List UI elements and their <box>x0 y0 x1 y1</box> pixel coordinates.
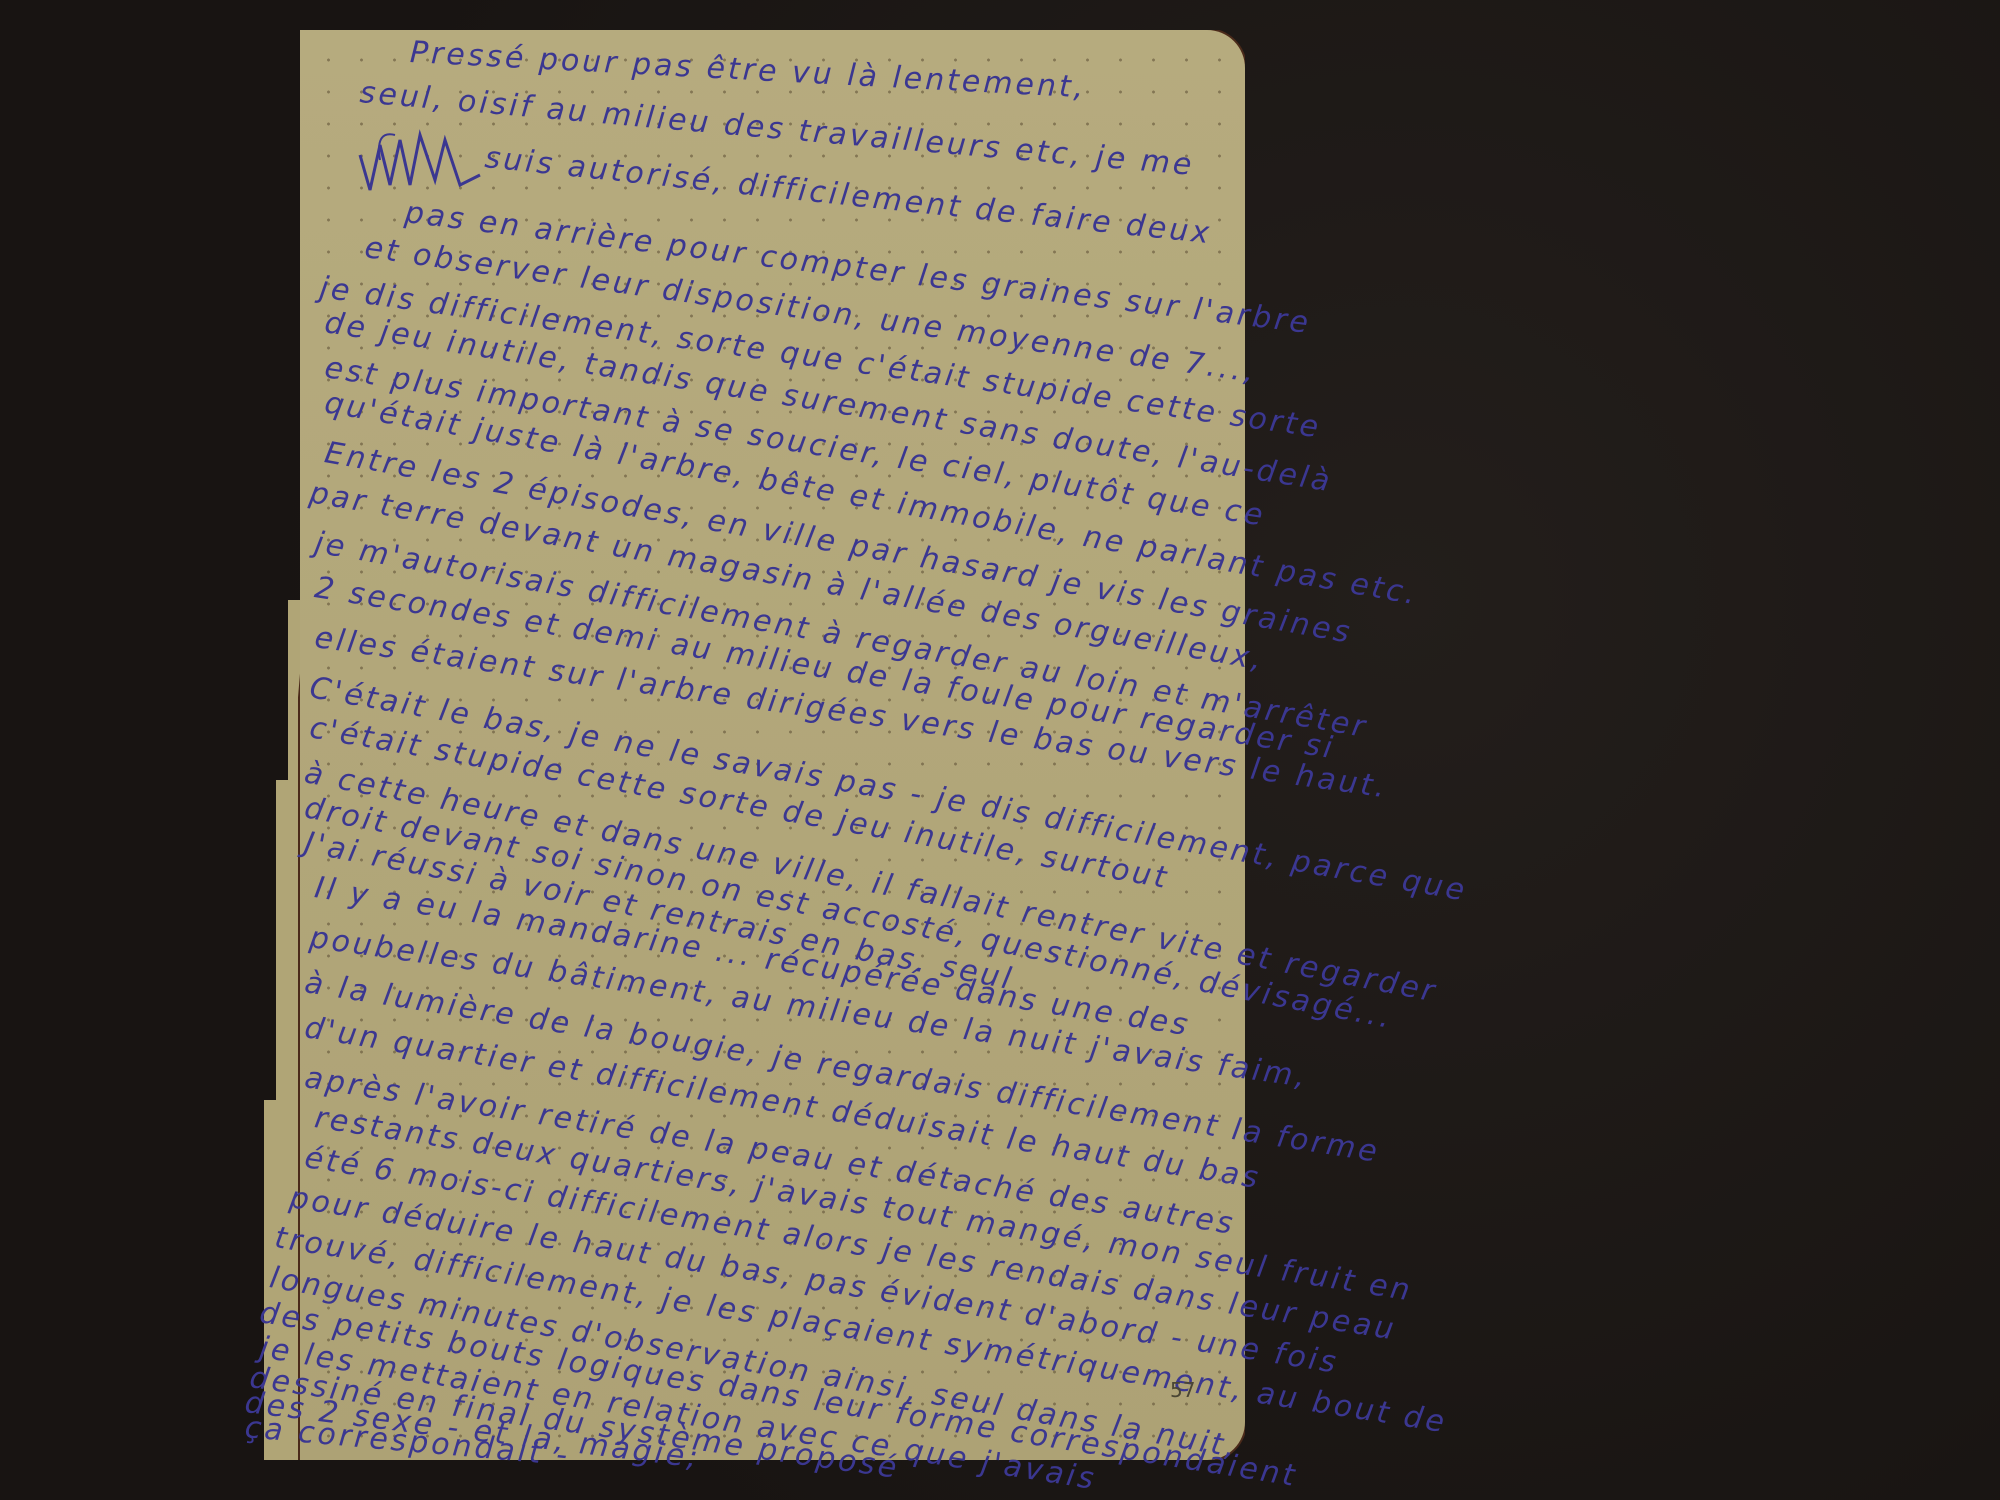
handwritten-text: Pressé pour pas être vu là lentement,seu… <box>300 30 1245 1460</box>
page-number: 57 <box>1170 1378 1195 1402</box>
